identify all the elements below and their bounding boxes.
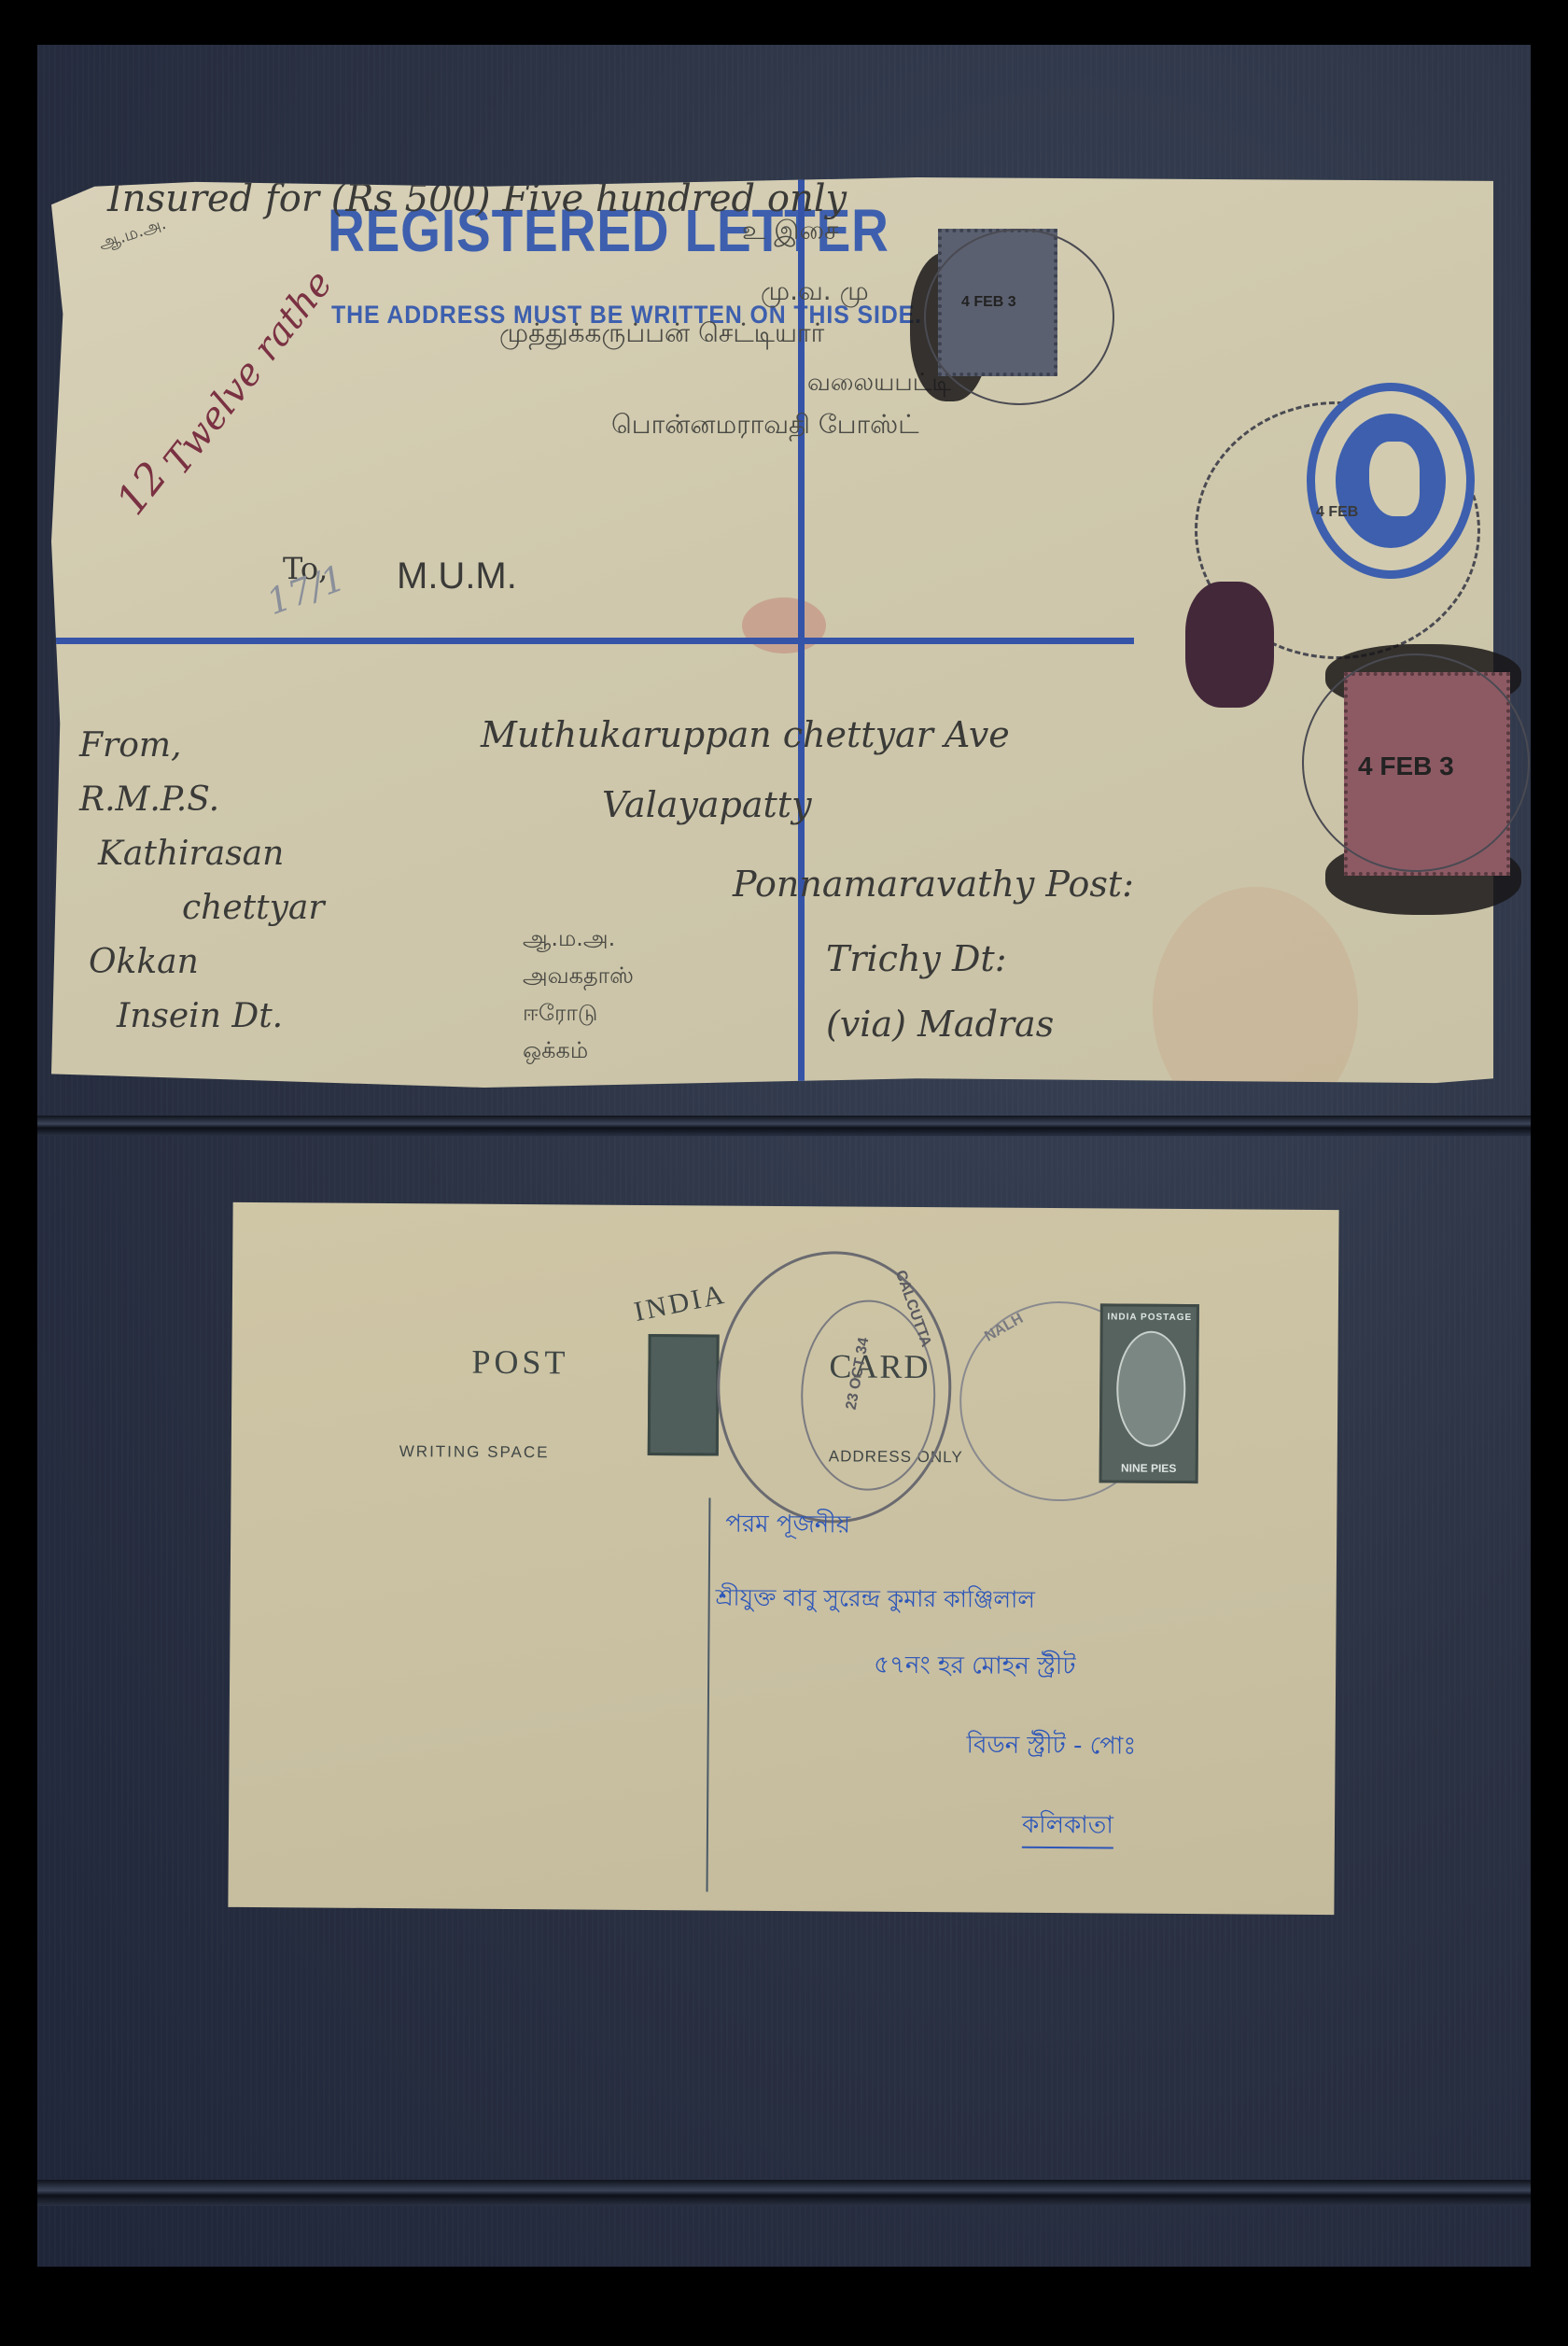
- tamil-line: ஒக்கம்: [523, 1032, 634, 1069]
- bengali-line: শ্রীযুক্ত বাবু সুরেন্দ্র কুমার কাঞ্জিলাল: [716, 1579, 1036, 1621]
- recipient-line: (via) Madras: [826, 1004, 1054, 1045]
- sender-line: R.M.P.S.: [79, 773, 325, 827]
- sender-line: From,: [79, 719, 325, 773]
- embossed-indicium-stamp: [1307, 383, 1475, 579]
- tamil-sender-block: ஆ.ம.அ. அவகதாஸ் ஈரோடு ஒக்கம்: [523, 920, 634, 1069]
- bengali-line: কলিকাতা: [1022, 1805, 1113, 1849]
- imprinted-stamp-nine-pies: INDIA POSTAGE NINE PIES: [1099, 1303, 1199, 1483]
- recipient-line: Valayapatty: [602, 784, 812, 825]
- divider-line: [707, 1497, 711, 1891]
- tamil-line: அவகதாஸ்: [523, 957, 634, 994]
- bengali-line: পরম পূজনীয়: [725, 1505, 850, 1547]
- king-portrait: [1116, 1330, 1186, 1447]
- stamp-top-text: INDIA POSTAGE: [1103, 1312, 1197, 1323]
- stamp-2-postmark: 4 FEB 3: [1358, 752, 1454, 781]
- royal-arms-emblem: [648, 1334, 720, 1456]
- stamp-1-postmark: 4 FEB 3: [961, 294, 1016, 311]
- recipient-line: Ponnamaravathy Post:: [733, 864, 1134, 905]
- blue-cross-line-horizontal: [51, 638, 1134, 644]
- tamil-line: முத்துக்கருப்பன் செட்டியார்: [499, 317, 824, 352]
- tamil-line: ஈரோடு: [523, 994, 634, 1032]
- bengali-line: ৫৭নং হর মোহন স্ট্রীট: [874, 1646, 1076, 1689]
- post-card: INDIA POST CARD WRITING SPACE ADDRESS ON…: [228, 1202, 1338, 1915]
- sender-line: Kathirasan: [79, 827, 325, 881]
- postmark: [924, 229, 1114, 405]
- pencil-note: 17/1: [261, 557, 350, 624]
- red-note-text: Twelve rathe: [156, 262, 341, 483]
- blue-cross-line-vertical: [798, 177, 805, 1088]
- bengali-line: বিডন স্ট্রীট - পোঃ: [966, 1725, 1136, 1767]
- sender-line: chettyar: [79, 881, 325, 935]
- stamp-bottom-text: NINE PIES: [1102, 1461, 1196, 1475]
- sender-address: From, R.M.P.S. Kathirasan chettyar Okkan…: [79, 719, 325, 1044]
- post-label: POST: [471, 1342, 568, 1383]
- tamil-line: ஆ.ம.அ.: [523, 920, 634, 957]
- tamil-line: உ இசை: [742, 215, 839, 249]
- recipient-line: Trichy Dt:: [826, 938, 1007, 979]
- indicium-postmark: 4 FEB: [1316, 504, 1358, 521]
- tamil-line: மு.வ. மு: [761, 275, 869, 310]
- tamil-line: பொன்னமராவதி போஸ்ட்: [611, 409, 919, 443]
- wax-seal: [1185, 582, 1274, 708]
- stain: [742, 597, 826, 653]
- india-label: INDIA: [632, 1279, 730, 1328]
- sender-line: Insein Dt.: [79, 990, 325, 1044]
- album-pocket-strip: [37, 2180, 1531, 2206]
- album-pocket-strip: [37, 1116, 1531, 1136]
- sender-line: Okkan: [79, 935, 325, 990]
- writing-space-label: WRITING SPACE: [399, 1442, 550, 1462]
- recipient-line: Muthukaruppan chettyar Ave: [481, 714, 1010, 755]
- recipient-initials: M.U.M.: [397, 555, 517, 597]
